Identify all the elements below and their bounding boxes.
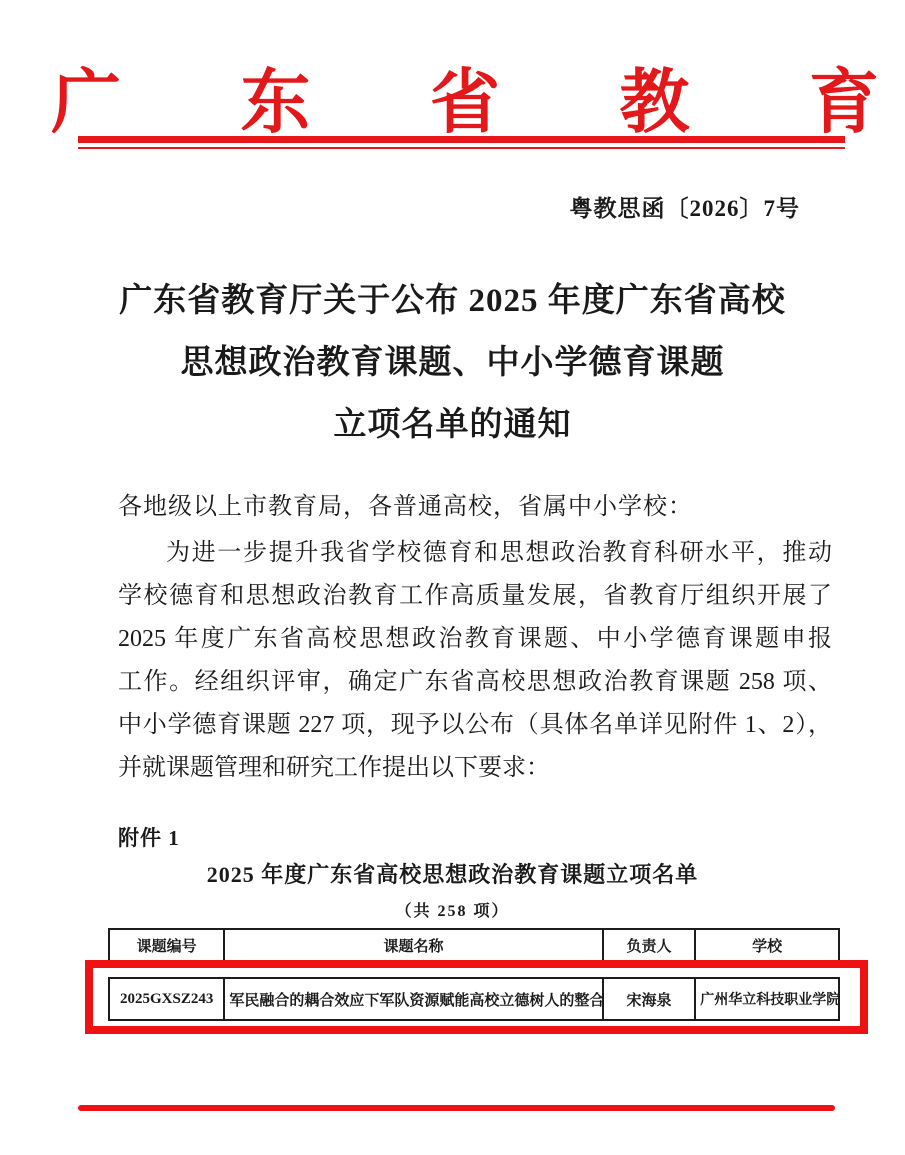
agency-name: 广 东 省 教 育 厅 <box>0 46 905 142</box>
attachment-label: 附件 1 <box>118 822 180 852</box>
notice-title-line-2: 思想政治教育课题、中小学德育课题 <box>60 332 845 394</box>
header-cell-leader: 负责人 <box>603 929 696 961</box>
table-row: 2025GXSZ243 军民融合的耦合效应下军队资源赋能高校立德树人的整合机制研… <box>109 978 839 1020</box>
body-line: 学校德育和思想政治教育工作高质量发展，省教育厅组织开展了 <box>118 575 832 618</box>
header-cell-project-name: 课题名称 <box>224 929 602 961</box>
attachment-count-note: （共 258 项） <box>60 898 845 921</box>
body-line: 中小学德育课题 227 项，现予以公布（具体名单详见附件 1、2）， <box>118 704 832 747</box>
table-header-row: 课题编号 课题名称 负责人 学校 <box>109 929 839 961</box>
letterhead-rule-thin <box>78 147 845 149</box>
notice-title: 广东省教育厅关于公布 2025 年度广东省高校 思想政治教育课题、中小学德育课题… <box>60 270 845 456</box>
cell-project-code: 2025GXSZ243 <box>109 978 224 1020</box>
notice-body: 为进一步提升我省学校德育和思想政治教育科研水平，推动 学校德育和思想政治教育工作… <box>118 532 832 790</box>
salutation: 各地级以上市教育局，各普通高校，省属中小学校： <box>118 486 838 521</box>
notice-title-line-3: 立项名单的通知 <box>60 394 845 456</box>
letterhead-rule-thick <box>78 136 845 143</box>
project-table-header: 课题编号 课题名称 负责人 学校 <box>108 928 840 962</box>
body-line: 并就课题管理和研究工作提出以下要求： <box>118 747 832 790</box>
body-line: 工作。经组织评审，确定广东省高校思想政治教育课题 258 项、 <box>118 661 832 704</box>
header-cell-school: 学校 <box>695 929 839 961</box>
cell-project-name: 军民融合的耦合效应下军队资源赋能高校立德树人的整合机制研究 <box>224 978 602 1020</box>
project-table-row: 2025GXSZ243 军民融合的耦合效应下军队资源赋能高校立德树人的整合机制研… <box>108 977 840 1021</box>
bottom-red-rule <box>78 1105 835 1111</box>
cell-school: 广州华立科技职业学院 <box>695 978 839 1020</box>
document-number: 粤教思函〔2026〕7号 <box>0 190 800 223</box>
attachment-table-title: 2025 年度广东省高校思想政治教育课题立项名单 <box>60 858 845 889</box>
cell-leader: 宋海泉 <box>603 978 696 1020</box>
body-line: 2025 年度广东省高校思想政治教育课题、中小学德育课题申报 <box>118 618 832 661</box>
body-line: 为进一步提升我省学校德育和思想政治教育科研水平，推动 <box>118 532 832 575</box>
header-cell-project-code: 课题编号 <box>109 929 224 961</box>
notice-title-line-1: 广东省教育厅关于公布 2025 年度广东省高校 <box>60 270 845 332</box>
